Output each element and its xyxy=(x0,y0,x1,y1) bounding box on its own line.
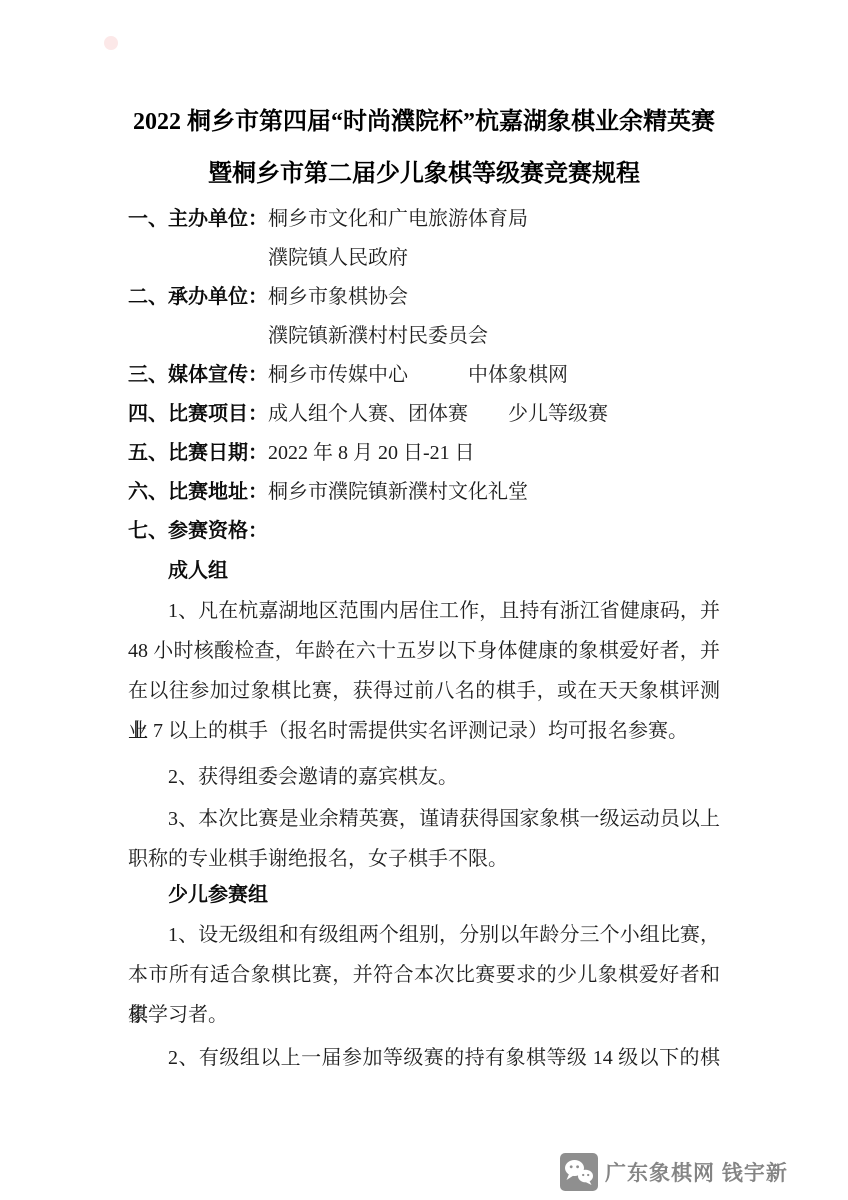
document-content: 2022 桐乡市第四届“时尚濮院杯”杭嘉湖象棋业余精英赛 暨桐乡市第二届少儿象棋… xyxy=(128,0,720,1078)
info-item-media: 三、媒体宣传：桐乡市传媒中心 中体象棋网 xyxy=(128,356,720,395)
info-item-label: 一、主办单位： xyxy=(128,208,268,230)
paragraph-line: 在以往参加过象棋比赛，获得过前八名的棋手，或在天天象棋评测上 xyxy=(128,671,720,711)
paragraph-line: 3、本次比赛是业余精英赛，谨请获得国家象棋一级运动员以上 xyxy=(128,799,720,839)
paragraph-line: 1、凡在杭嘉湖地区范围内居住工作，且持有浙江省健康码，并 xyxy=(128,591,720,631)
paragraph-line: 2、获得组委会邀请的嘉宾棋友。 xyxy=(128,757,720,797)
info-item-label: 四、比赛项目： xyxy=(128,403,268,425)
paragraph-line: 职称的专业棋手谢绝报名，女子棋手不限。 xyxy=(128,839,720,879)
info-item-value: 2022 年 8 月 20 日-21 日 xyxy=(268,442,475,464)
paragraph-line: 2、有级组以上一届参加等级赛的持有象棋等级 14 级以下的棋 xyxy=(128,1038,720,1078)
wechat-icon xyxy=(560,1153,598,1191)
children-group-heading: 少儿参赛组 xyxy=(128,875,720,915)
paragraph-line: 业 7 以上的棋手（报名时需提供实名评测记录）均可报名参赛。 xyxy=(128,711,720,751)
info-item-value: 桐乡市传媒中心 中体象棋网 xyxy=(268,364,568,386)
info-item-label: 六、比赛地址： xyxy=(128,481,268,503)
doc-title-line-2: 暨桐乡市第二届少儿象棋等级赛竞赛规程 xyxy=(128,148,720,200)
info-item-label: 二、承办单位： xyxy=(128,286,268,308)
info-item-label: 五、比赛日期： xyxy=(128,442,268,464)
doc-title-line-1: 2022 桐乡市第四届“时尚濮院杯”杭嘉湖象棋业余精英赛 xyxy=(128,96,720,148)
info-item-value: 桐乡市象棋协会 xyxy=(268,286,408,308)
info-item-label: 七、参赛资格： xyxy=(128,520,268,542)
info-item-host: 一、主办单位：桐乡市文化和广电旅游体育局 xyxy=(128,200,720,239)
adult-paragraph-2: 2、获得组委会邀请的嘉宾棋友。 xyxy=(128,757,720,797)
info-item-organizer: 二、承办单位：桐乡市象棋协会 xyxy=(128,278,720,317)
children-paragraph-1: 1、设无级组和有级组两个组别，分别以年龄分三个小组比赛， 本市所有适合象棋比赛，… xyxy=(128,915,720,1035)
watermark: 广东象棋网 钱宇新 xyxy=(560,1153,788,1191)
info-item-organizer-continuation: 濮院镇新濮村村民委员会 xyxy=(128,317,720,356)
info-item-venue: 六、比赛地址：桐乡市濮院镇新濮村文化礼堂 xyxy=(128,473,720,512)
info-item-host-continuation: 濮院镇人民政府 xyxy=(128,239,720,278)
paragraph-line: 本市所有适合象棋比赛，并符合本次比赛要求的少儿象棋爱好者和象 xyxy=(128,955,720,995)
paragraph-line: 1、设无级组和有级组两个组别，分别以年龄分三个小组比赛， xyxy=(128,915,720,955)
scan-artifact xyxy=(104,36,118,50)
info-item-list: 一、主办单位：桐乡市文化和广电旅游体育局 濮院镇人民政府 二、承办单位：桐乡市象… xyxy=(128,200,720,551)
paragraph-line: 48 小时核酸检查，年龄在六十五岁以下身体健康的象棋爱好者，并 xyxy=(128,631,720,671)
adult-paragraph-3: 3、本次比赛是业余精英赛，谨请获得国家象棋一级运动员以上 职称的专业棋手谢绝报名… xyxy=(128,799,720,879)
info-item-value: 桐乡市文化和广电旅游体育局 xyxy=(268,208,528,230)
info-item-date: 五、比赛日期：2022 年 8 月 20 日-21 日 xyxy=(128,434,720,473)
children-paragraph-2: 2、有级组以上一届参加等级赛的持有象棋等级 14 级以下的棋 xyxy=(128,1038,720,1078)
document-page: 2022 桐乡市第四届“时尚濮院杯”杭嘉湖象棋业余精英赛 暨桐乡市第二届少儿象棋… xyxy=(0,0,848,1200)
paragraph-line: 棋学习者。 xyxy=(128,995,720,1035)
info-item-label: 三、媒体宣传： xyxy=(128,364,268,386)
info-item-value: 桐乡市濮院镇新濮村文化礼堂 xyxy=(268,481,528,503)
info-item-value: 成人组个人赛、团体赛 少儿等级赛 xyxy=(268,403,608,425)
adult-group-heading: 成人组 xyxy=(128,551,720,591)
adult-paragraph-1: 1、凡在杭嘉湖地区范围内居住工作，且持有浙江省健康码，并 48 小时核酸检查，年… xyxy=(128,591,720,751)
watermark-text: 广东象棋网 钱宇新 xyxy=(605,1157,788,1187)
info-item-events: 四、比赛项目：成人组个人赛、团体赛 少儿等级赛 xyxy=(128,395,720,434)
doc-title: 2022 桐乡市第四届“时尚濮院杯”杭嘉湖象棋业余精英赛 暨桐乡市第二届少儿象棋… xyxy=(128,96,720,200)
info-item-eligibility: 七、参赛资格： xyxy=(128,512,720,551)
